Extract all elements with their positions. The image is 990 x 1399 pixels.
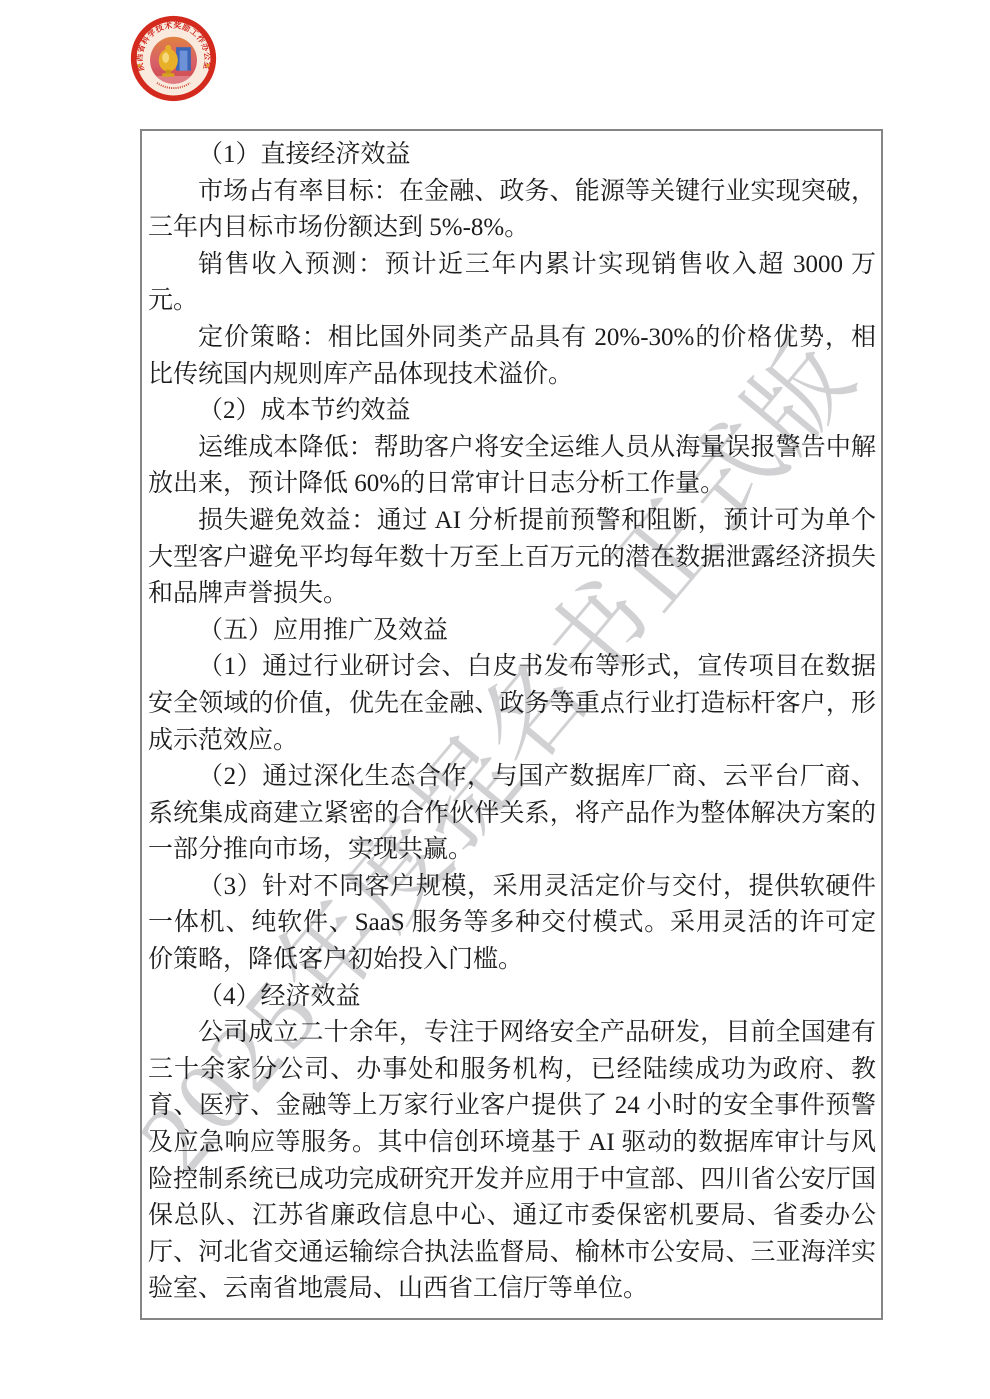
- paragraph-ops-cost-reduction: 运维成本降低：帮助客户将安全运维人员从海量误报警告中解放出来，预计降低 60%的…: [148, 430, 876, 503]
- document-page: 陕西省科学技术奖励工作办公室 2025年度提名书正式版 （1）直接经济效益 市场…: [0, 0, 990, 1399]
- paragraph-pricing-strategy: 定价策略：相比国外同类产品具有 20%-30%的价格优势，相比传统国内规则库产品…: [148, 320, 876, 393]
- paragraph-market-share-goal: 市场占有率目标：在金融、政务、能源等关键行业实现突破，三年内目标市场份额达到 5…: [148, 174, 876, 247]
- paragraph-sales-forecast: 销售收入预测：预计近三年内累计实现销售收入超 3000 万元。: [148, 247, 876, 320]
- document-cell: （1）直接经济效益 市场占有率目标：在金融、政务、能源等关键行业实现突破，三年内…: [140, 129, 883, 1320]
- award-office-seal: 陕西省科学技术奖励工作办公室: [130, 15, 217, 102]
- seal-left-dot: [138, 64, 141, 67]
- seal-right-dot: [206, 64, 209, 67]
- paragraph-heading-direct-economic-benefit: （1）直接经济效益: [148, 137, 876, 174]
- paragraph-ecosystem-cooperation: （2）通过深化生态合作，与国产数据库厂商、云平台厂商、系统集成商建立紧密的合作伙…: [148, 759, 876, 869]
- seal-graphic: 陕西省科学技术奖励工作办公室: [130, 15, 217, 102]
- paragraph-promotion-seminars: （1）通过行业研讨会、白皮书发布等形式，宣传项目在数据安全领域的价值，优先在金融…: [148, 649, 876, 759]
- paragraph-company-overview: 公司成立二十余年，专注于网络安全产品研发，目前全国建有三十余家分公司、办事处和服…: [148, 1015, 876, 1308]
- paragraph-heading-cost-saving-benefit: （2）成本节约效益: [148, 393, 876, 430]
- paragraph-heading-application-promotion: （五）应用推广及效益: [148, 613, 876, 650]
- paragraph-flexible-pricing-delivery: （3）针对不同客户规模，采用灵活定价与交付，提供软硬件一体机、纯软件、SaaS …: [148, 869, 876, 979]
- paragraph-heading-economic-benefit: （4）经济效益: [148, 979, 876, 1016]
- paragraph-loss-avoidance: 损失避免效益：通过 AI 分析提前预警和阻断，预计可为单个大型客户避免平均每年数…: [148, 503, 876, 613]
